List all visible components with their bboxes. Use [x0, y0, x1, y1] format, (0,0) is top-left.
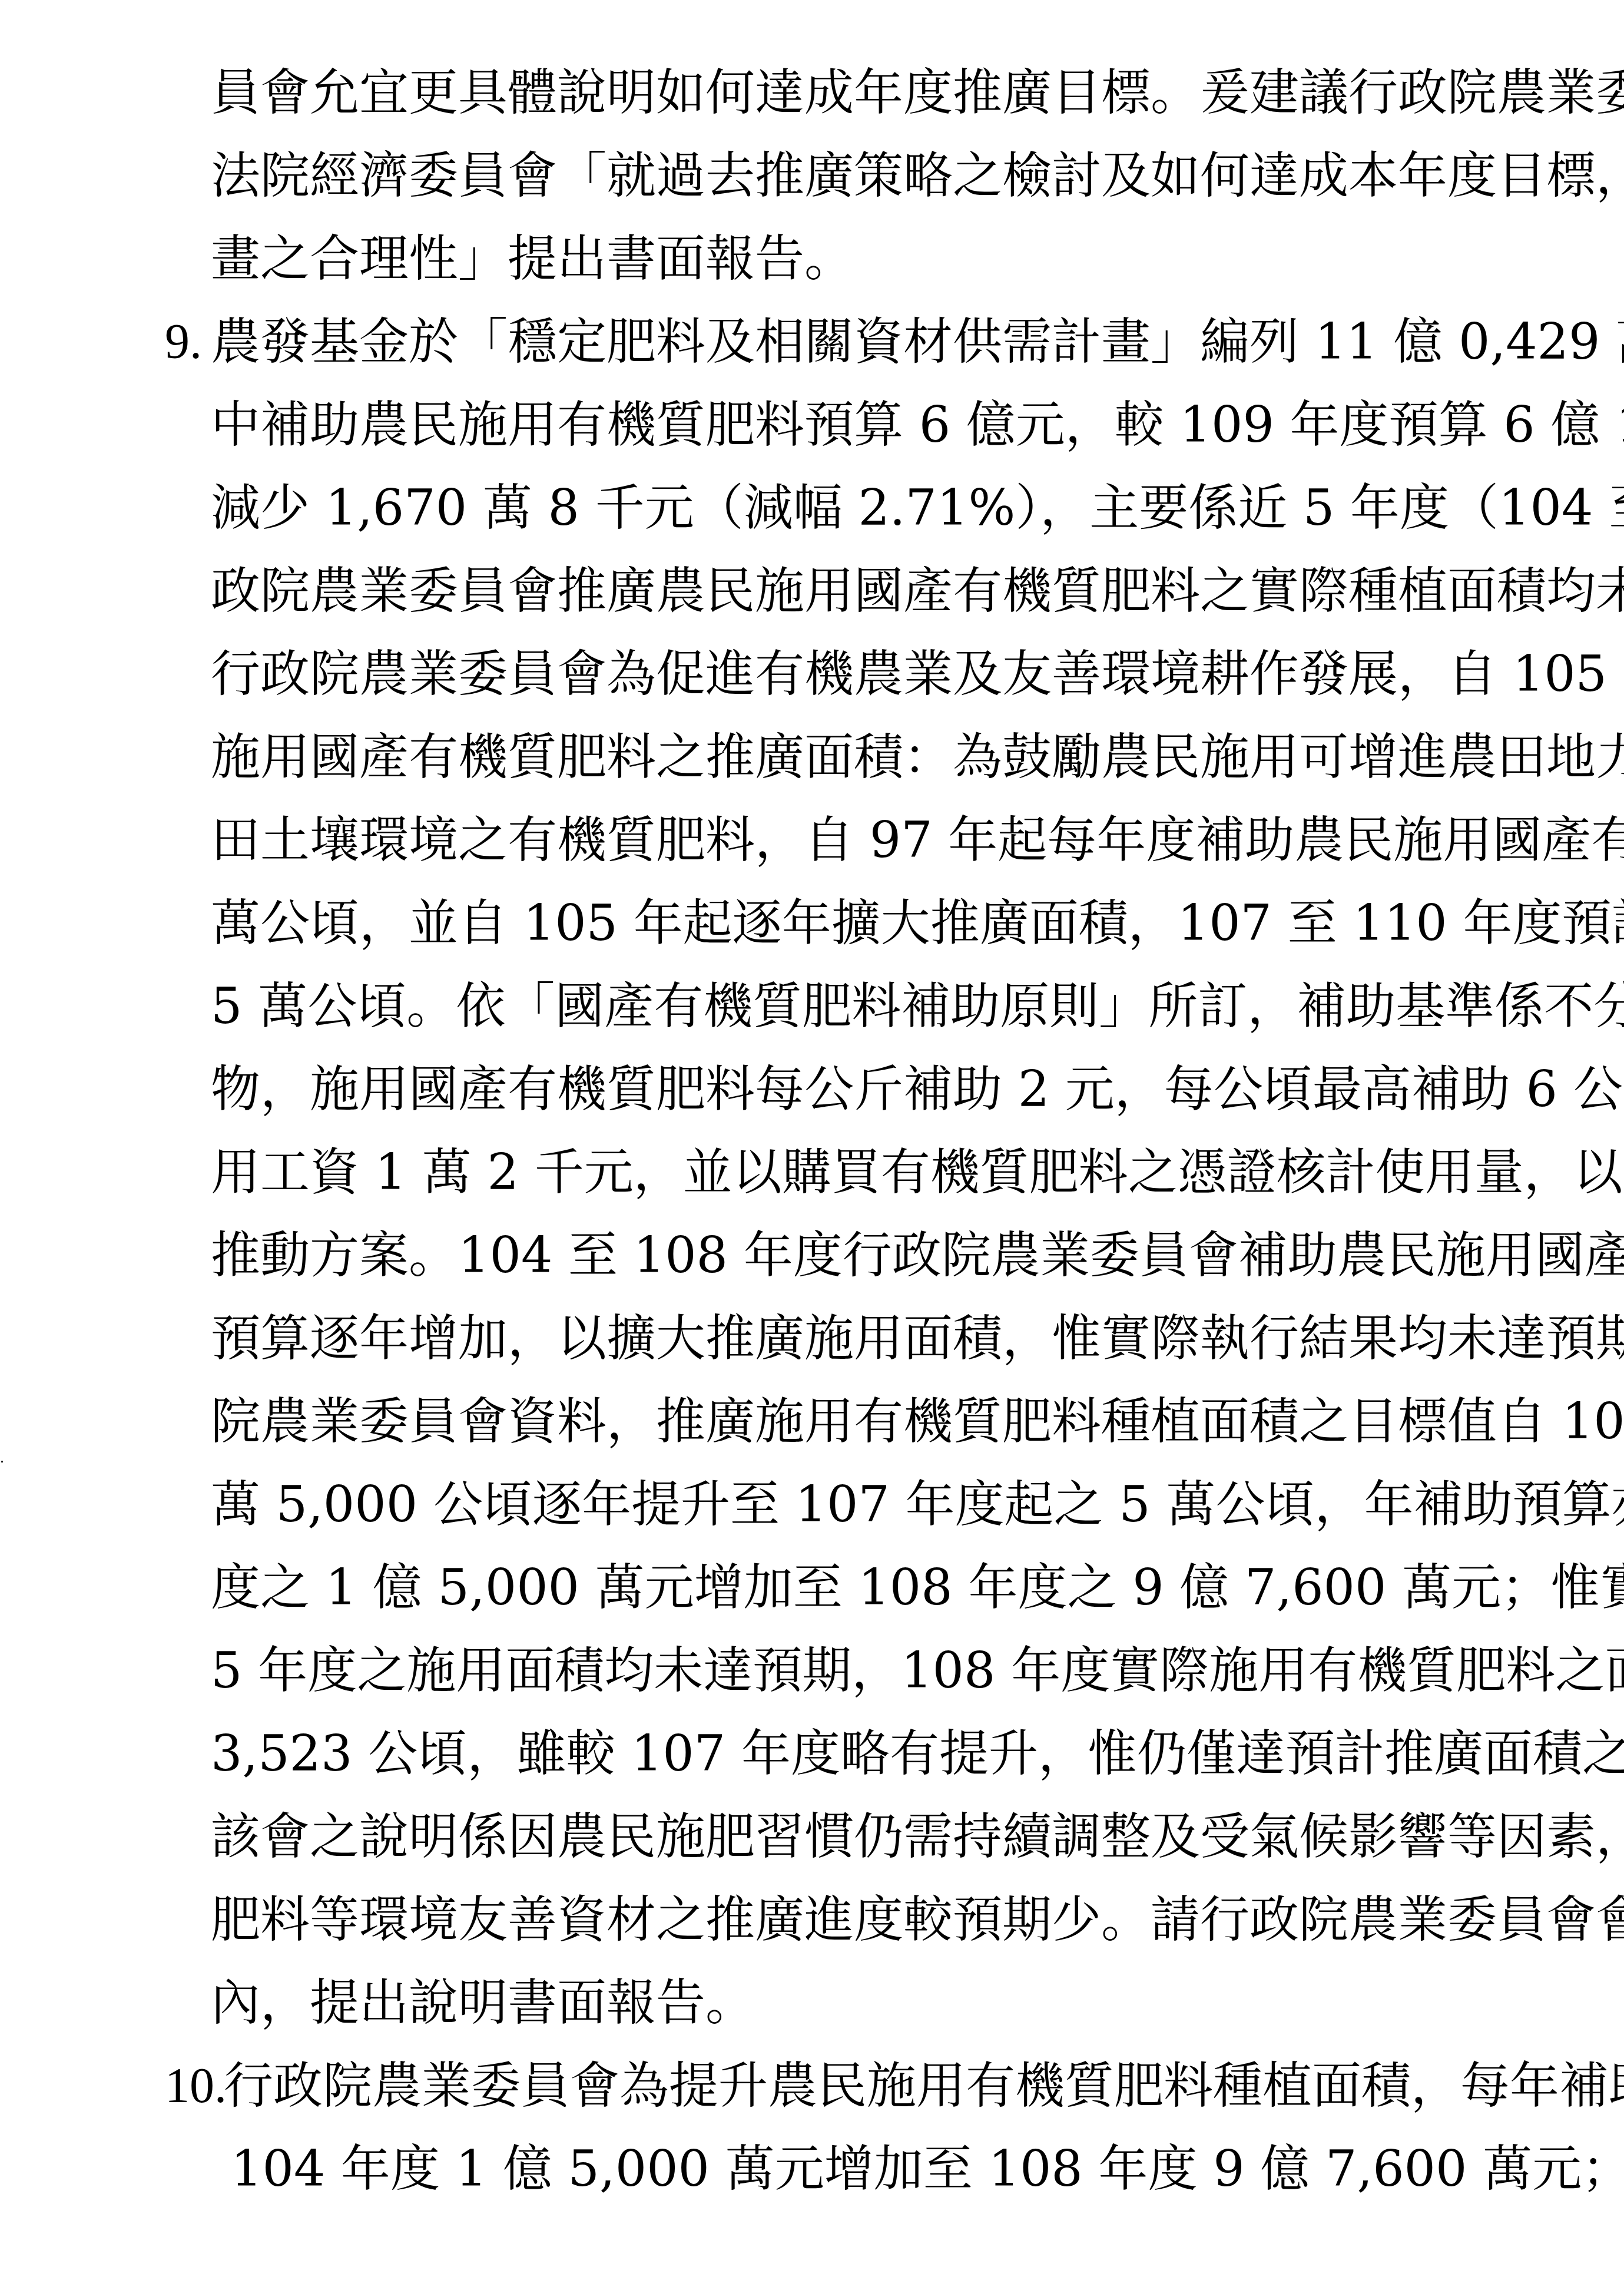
text-line: 中補助農民施用有機質肥料預算 6 億元，較 109 年度預算 6 億 1,670…	[211, 383, 1543, 466]
text-line: 行政院農業委員會為提升農民施用有機質肥料種植面積，每年補助經費，從	[224, 2044, 1543, 2127]
text-line: 預算逐年增加，以擴大推廣施用面積，惟實際執行結果均未達預期：依行政	[211, 1297, 1543, 1380]
text-line: 法院經濟委員會「就過去推廣策略之檢討及如何達成本年度目標，及用人計	[211, 134, 1543, 217]
text-line: 畫之合理性」提出書面報告。	[211, 217, 1543, 300]
text-line: 農發基金於「穩定肥料及相關資材供需計畫」編列 11 億 0,429 萬 6 千元…	[211, 300, 1543, 383]
text-line: 肥料等環境友善資材之推廣進度較預期少。請行政院農業委員會會於 1 個月	[211, 1878, 1543, 1961]
text-line: 行政院農業委員會為促進有機農業及友善環境耕作發展，自 105 年度起擴大	[211, 633, 1543, 716]
text-line: 院農業委員會資料，推廣施用有機質肥料種植面積之目標值自 104 年度之 2	[211, 1380, 1543, 1463]
text-line: 田土壤環境之有機質肥料，自 97 年起每年度補助農民施用國產有機質肥料 2	[211, 799, 1543, 882]
text-line: 減少 1,670 萬 8 千元（減幅 2.71%），主要係近 5 年度（104 …	[211, 466, 1543, 550]
document-page: 員會允宜更具體說明如何達成年度推廣目標。爰建議行政院農業委員會向立 法院經濟委員…	[0, 0, 1624, 2280]
text-line: 推動方案。104 至 108 年度行政院農業委員會補助農民施用國產有機質肥料之	[211, 1214, 1543, 1297]
list-marker-10: 10.	[165, 2044, 227, 2127]
list-marker-9: 9.	[165, 300, 202, 383]
text-line: 度之 1 億 5,000 萬元增加至 108 年度之 9 億 7,600 萬元；…	[211, 1546, 1543, 1629]
scan-speck	[1, 1461, 3, 1462]
text-line: 3,523 公頃，雖較 107 年度略有提升，惟仍僅達預計推廣面積之 67.05…	[211, 1712, 1543, 1795]
text-line: 員會允宜更具體說明如何達成年度推廣目標。爰建議行政院農業委員會向立	[211, 51, 1543, 134]
text-line: 用工資 1 萬 2 千元，並以購買有機質肥料之憑證核計使用量，以配合新農業	[211, 1131, 1543, 1214]
text-line: 104 年度 1 億 5,000 萬元增加至 108 年度 9 億 7,600 …	[231, 2127, 1543, 2210]
text-line: 5 年度之施用面積均未達預期，108 年度實際施用有機質肥料之面積 3 萬	[211, 1629, 1543, 1712]
text-line: 該會之說明係因農民施肥習慣仍需持續調整及受氣候影響等因素，致有機質	[211, 1795, 1543, 1878]
text-line: 內，提出說明書面報告。	[211, 1961, 1543, 2044]
text-line: 政院農業委員會推廣農民施用國產有機質肥料之實際種植面積均未達預期。	[211, 550, 1543, 633]
text-line: 施用國產有機質肥料之推廣面積：為鼓勵農民施用可增進農田地力及改善農	[211, 716, 1543, 799]
text-line: 5 萬公頃。依「國產有機質肥料補助原則」所訂，補助基準係不分長、短期作	[211, 965, 1543, 1048]
text-line: 萬 5,000 公頃逐年提升至 107 年度起之 5 萬公頃，年補助預算亦隨之由…	[211, 1463, 1543, 1546]
text-line: 萬公頃，並自 105 年起逐年擴大推廣面積，107 至 110 年度預計推廣目標…	[211, 882, 1543, 965]
text-line: 物，施用國產有機質肥料每公斤補助 2 元，每公頃最高補助 6 公噸，補助施	[211, 1048, 1543, 1131]
